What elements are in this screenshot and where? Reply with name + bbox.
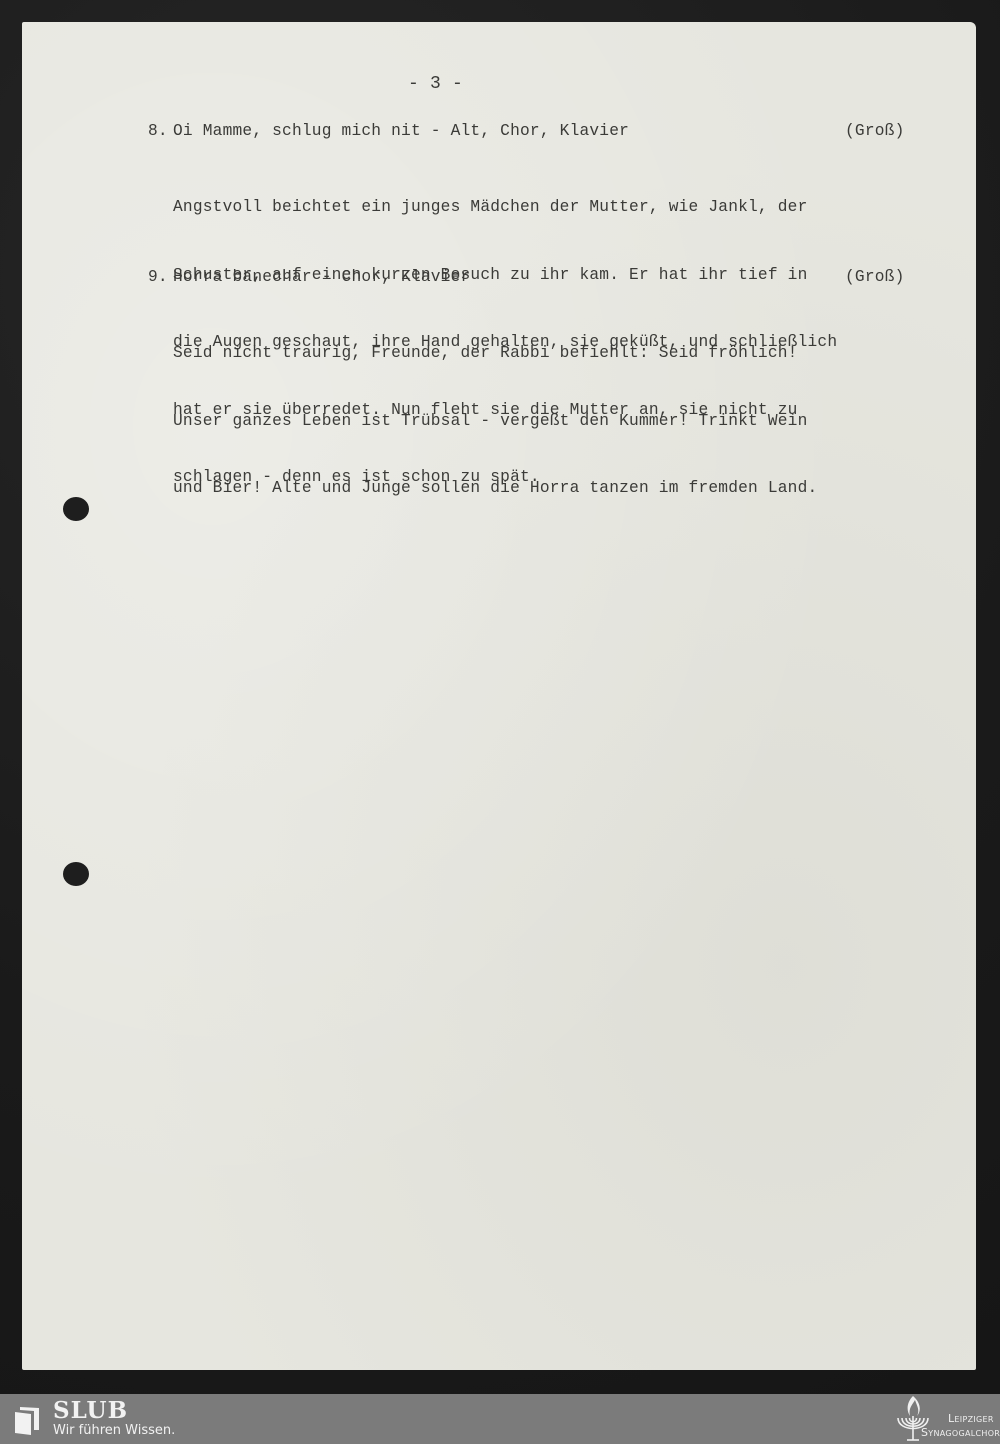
description-line: und Bier! Alte und Junge sollen die Horr…: [173, 477, 817, 500]
punch-hole: [63, 862, 89, 886]
lsc-name-line1: Leipziger: [948, 1412, 994, 1425]
item-title: Horra banechar - Chor, Klavier: [173, 268, 470, 286]
description-line: Angstvoll beichtet ein junges Mädchen de…: [173, 196, 837, 219]
item-description: Seid nicht traurig, Freunde, der Rabbi b…: [173, 297, 817, 522]
item-number: 9.: [148, 268, 168, 286]
slub-book-icon[interactable]: [14, 1406, 40, 1436]
description-line: Unser ganzes Leben ist Trübsal - vergeßt…: [173, 410, 817, 433]
description-line: Seid nicht traurig, Freunde, der Rabbi b…: [173, 342, 817, 365]
slub-tagline: Wir führen Wissen.: [53, 1423, 175, 1438]
item-tag: (Groß): [845, 122, 905, 140]
page-number: - 3 -: [408, 74, 463, 94]
footer-bar: SLUB Wir führen Wissen. Leipziger Synago…: [0, 1394, 1000, 1444]
item-number: 8.: [148, 122, 168, 140]
punch-hole: [63, 497, 89, 521]
slub-logo-text[interactable]: SLUB: [53, 1397, 128, 1424]
item-title: Oi Mamme, schlug mich nit - Alt, Chor, K…: [173, 122, 629, 140]
lsc-name-line2: Synagogalchor: [921, 1426, 1000, 1439]
item-tag: (Groß): [845, 268, 905, 286]
